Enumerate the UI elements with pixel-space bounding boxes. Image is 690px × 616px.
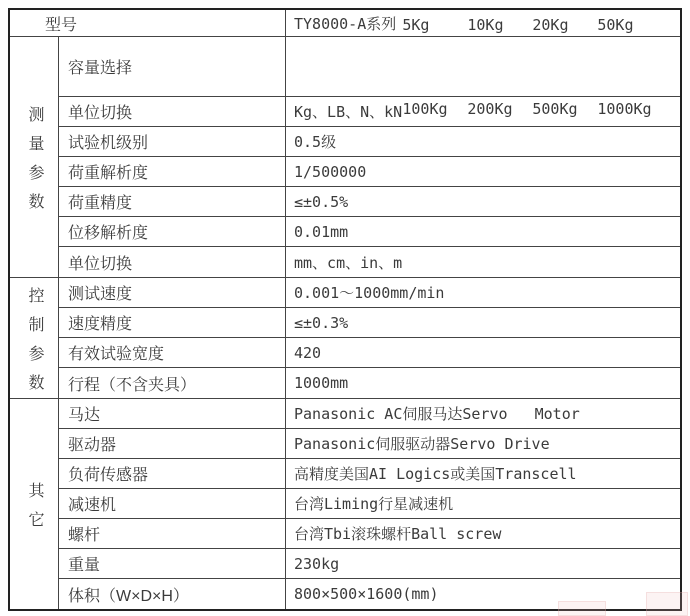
value-stroke: 1000mm (285, 368, 680, 398)
row-motor: 马达 Panasonic AC伺服马达Servo Motor (59, 399, 680, 429)
value-displacement-resolution: 0.01mm (285, 217, 680, 246)
value-driver: Panasonic伺服驱动器Servo Drive (285, 429, 680, 458)
label-reducer: 减速机 (59, 489, 285, 518)
section-others: 其它 马达 Panasonic AC伺服马达Servo Motor 驱动器 Pa… (10, 399, 680, 609)
others-rows: 马达 Panasonic AC伺服马达Servo Motor 驱动器 Panas… (59, 399, 680, 609)
capacity-option: 5Kg (402, 11, 467, 39)
section-measurement-parameters: 测量参数 容量选择 5Kg10Kg20Kg50Kg 100Kg200Kg500K… (10, 37, 680, 278)
value-test-speed: 0.001～1000mm/min (285, 278, 680, 307)
row-test-speed: 测试速度 0.001～1000mm/min (59, 278, 680, 308)
value-load-resolution: 1/500000 (285, 157, 680, 186)
value-load-accuracy: ≤±0.5% (285, 187, 680, 216)
watermark-artifact (646, 592, 688, 616)
label-length-unit-switch: 单位切换 (59, 247, 285, 277)
row-machine-class: 试验机级别 0.5级 (59, 127, 680, 157)
group-text-measurement: 测量参数 (26, 106, 42, 222)
row-effective-width: 有效试验宽度 420 (59, 338, 680, 368)
value-force-unit-switch: Kg、LB、N、kN (285, 97, 680, 126)
row-reducer: 减速机 台湾Liming行星减速机 (59, 489, 680, 519)
row-force-unit-switch: 单位切换 Kg、LB、N、kN (59, 97, 680, 127)
watermark-artifact (558, 601, 606, 616)
label-speed-accuracy: 速度精度 (59, 308, 285, 337)
label-load-cell: 负荷传感器 (59, 459, 285, 488)
model-label: 型号 (10, 10, 285, 36)
value-effective-width: 420 (285, 338, 680, 367)
label-displacement-resolution: 位移解析度 (59, 217, 285, 246)
group-label-control: 控制参数 (10, 278, 59, 398)
label-load-accuracy: 荷重精度 (59, 187, 285, 216)
label-test-speed: 测试速度 (59, 278, 285, 307)
group-text-control: 控制参数 (26, 287, 42, 403)
label-volume: 体积（W×D×H） (59, 579, 285, 609)
value-volume: 800×500×1600(mm) (285, 579, 680, 609)
row-capacity: 容量选择 5Kg10Kg20Kg50Kg 100Kg200Kg500Kg1000… (59, 37, 680, 97)
row-load-resolution: 荷重解析度 1/500000 (59, 157, 680, 187)
row-speed-accuracy: 速度精度 ≤±0.3% (59, 308, 680, 338)
group-text-others: 其它 (26, 482, 42, 540)
section-control-parameters: 控制参数 测试速度 0.001～1000mm/min 速度精度 ≤±0.3% 有… (10, 278, 680, 399)
value-load-cell: 高精度美国AI Logics或美国Transcell (285, 459, 680, 488)
label-screw: 螺杆 (59, 519, 285, 548)
capacity-line-1: 5Kg10Kg20Kg50Kg (294, 0, 662, 67)
row-displacement-resolution: 位移解析度 0.01mm (59, 217, 680, 247)
capacity-option: 50Kg (597, 11, 662, 39)
value-capacity: 5Kg10Kg20Kg50Kg 100Kg200Kg500Kg1000Kg (285, 37, 680, 96)
row-stroke: 行程（不含夹具） 1000mm (59, 368, 680, 398)
label-force-unit-switch: 单位切换 (59, 97, 285, 126)
value-speed-accuracy: ≤±0.3% (285, 308, 680, 337)
row-load-accuracy: 荷重精度 ≤±0.5% (59, 187, 680, 217)
group-label-others: 其它 (10, 399, 59, 609)
row-screw: 螺杆 台湾Tbi滚珠螺杆Ball screw (59, 519, 680, 549)
row-driver: 驱动器 Panasonic伺服驱动器Servo Drive (59, 429, 680, 459)
specification-table: 型号 TY8000-A系列 测量参数 容量选择 5Kg10Kg20Kg50Kg … (8, 8, 682, 611)
label-capacity: 容量选择 (59, 37, 285, 96)
label-motor: 马达 (59, 399, 285, 428)
value-screw: 台湾Tbi滚珠螺杆Ball screw (285, 519, 680, 548)
label-weight: 重量 (59, 549, 285, 578)
label-machine-class: 试验机级别 (59, 127, 285, 156)
label-stroke: 行程（不含夹具） (59, 368, 285, 398)
value-machine-class: 0.5级 (285, 127, 680, 156)
value-motor: Panasonic AC伺服马达Servo Motor (285, 399, 680, 428)
control-rows: 测试速度 0.001～1000mm/min 速度精度 ≤±0.3% 有效试验宽度… (59, 278, 680, 398)
measurement-rows: 容量选择 5Kg10Kg20Kg50Kg 100Kg200Kg500Kg1000… (59, 37, 680, 277)
row-load-cell: 负荷传感器 高精度美国AI Logics或美国Transcell (59, 459, 680, 489)
row-weight: 重量 230kg (59, 549, 680, 579)
label-load-resolution: 荷重解析度 (59, 157, 285, 186)
label-driver: 驱动器 (59, 429, 285, 458)
label-effective-width: 有效试验宽度 (59, 338, 285, 367)
value-reducer: 台湾Liming行星减速机 (285, 489, 680, 518)
group-label-measurement: 测量参数 (10, 37, 59, 277)
value-length-unit-switch: mm、cm、in、m (285, 247, 680, 277)
row-length-unit-switch: 单位切换 mm、cm、in、m (59, 247, 680, 277)
value-weight: 230kg (285, 549, 680, 578)
capacity-option: 20Kg (532, 11, 597, 39)
capacity-option: 10Kg (467, 11, 532, 39)
